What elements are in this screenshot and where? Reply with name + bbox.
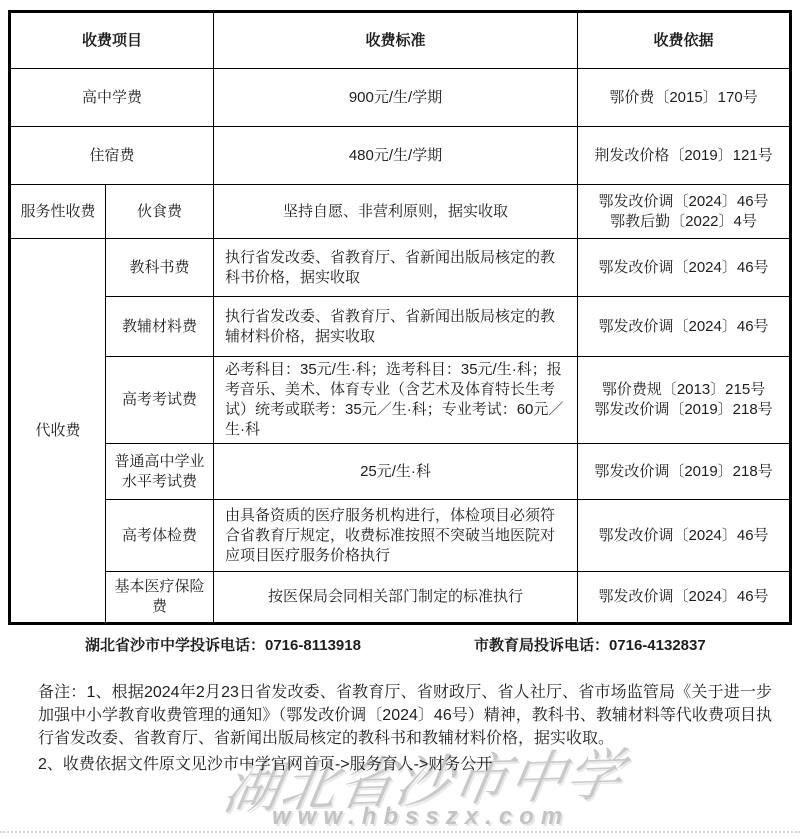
- fee-item-cell: 教科书费: [106, 239, 214, 297]
- fee-standard-cell: 480元/生/学期: [214, 127, 578, 185]
- fee-item-cell: 高中学费: [10, 69, 214, 127]
- header-fee-item: 收费项目: [10, 12, 214, 69]
- website-watermark: www.hbsszx.com: [272, 803, 569, 831]
- fee-standard-cell: 执行省发改委、省教育厅、省新闻出版局核定的教科书价格，据实收取: [214, 239, 578, 297]
- fee-standard-cell: 必考科目：35元/生·科；选考科目：35元/生·科；报考音乐、美术、体育专业（含…: [214, 357, 578, 444]
- fee-basis-cell: 鄂价费规〔2013〕215号 鄂发改价调〔2019〕218号: [578, 357, 791, 444]
- table-row: 住宿费 480元/生/学期 荆发改价格〔2019〕121号: [10, 127, 791, 185]
- bottom-divider: [0, 831, 800, 834]
- header-fee-standard: 收费标准: [214, 12, 578, 69]
- table-row: 普通高中学业水平考试费 25元/生·科 鄂发改价调〔2019〕218号: [10, 444, 791, 500]
- fee-standard-cell: 按医保局会同相关部门制定的标准执行: [214, 572, 578, 624]
- fee-basis-cell: 鄂价费〔2015〕170号: [578, 69, 791, 127]
- fee-standard-cell: 由具备资质的医疗服务机构进行，体检项目必须符合省教育厅规定，收费标准按照不突破当…: [214, 500, 578, 572]
- header-fee-basis: 收费依据: [578, 12, 791, 69]
- table-row: 服务性收费 伙食费 坚持自愿、非营利原则，据实收取 鄂发改价调〔2024〕46号…: [10, 185, 791, 239]
- complaint-phone-line: 湖北省沙市中学投诉电话：0716-8113918 市教育局投诉电话：0716-4…: [0, 634, 800, 655]
- fee-standard-cell: 执行省发改委、省教育厅、省新闻出版局核定的教辅材料价格，据实收取: [214, 297, 578, 357]
- fee-group-service: 服务性收费: [10, 185, 106, 239]
- school-complaint-phone: 湖北省沙市中学投诉电话：0716-8113918: [85, 634, 361, 655]
- fee-standard-cell: 25元/生·科: [214, 444, 578, 500]
- fee-item-cell: 伙食费: [106, 185, 214, 239]
- fee-item-cell: 住宿费: [10, 127, 214, 185]
- fee-basis-cell: 鄂发改价调〔2024〕46号: [578, 297, 791, 357]
- fee-item-cell: 普通高中学业水平考试费: [106, 444, 214, 500]
- fee-group-agency: 代收费: [10, 239, 106, 624]
- table-header-row: 收费项目 收费标准 收费依据: [10, 12, 791, 69]
- fee-basis-cell: 荆发改价格〔2019〕121号: [578, 127, 791, 185]
- fee-basis-cell: 鄂发改价调〔2024〕46号: [578, 500, 791, 572]
- fee-item-cell: 基本医疗保险费: [106, 572, 214, 624]
- note-2: 2、收费依据文件原文见沙市中学官网首页->服务育人->财务公开: [38, 753, 738, 776]
- table-row: 高中学费 900元/生/学期 鄂价费〔2015〕170号: [10, 69, 791, 127]
- bureau-complaint-phone: 市教育局投诉电话：0716-4132837: [474, 634, 706, 655]
- table-row: 高考体检费 由具备资质的医疗服务机构进行，体检项目必须符合省教育厅规定，收费标准…: [10, 500, 791, 572]
- table-row: 高考考试费 必考科目：35元/生·科；选考科目：35元/生·科；报考音乐、美术、…: [10, 357, 791, 444]
- fee-basis-cell: 鄂发改价调〔2024〕46号 鄂教后勤〔2022〕4号: [578, 185, 791, 239]
- fee-table: 收费项目 收费标准 收费依据 高中学费 900元/生/学期 鄂价费〔2015〕1…: [8, 10, 792, 625]
- fee-item-cell: 教辅材料费: [106, 297, 214, 357]
- fee-basis-cell: 鄂发改价调〔2024〕46号: [578, 572, 791, 624]
- table-row: 代收费 教科书费 执行省发改委、省教育厅、省新闻出版局核定的教科书价格，据实收取…: [10, 239, 791, 297]
- fee-basis-cell: 鄂发改价调〔2024〕46号: [578, 239, 791, 297]
- fee-standard-cell: 900元/生/学期: [214, 69, 578, 127]
- fee-item-cell: 高考体检费: [106, 500, 214, 572]
- table-row: 基本医疗保险费 按医保局会同相关部门制定的标准执行 鄂发改价调〔2024〕46号: [10, 572, 791, 624]
- fee-schedule-page: 收费项目 收费标准 收费依据 高中学费 900元/生/学期 鄂价费〔2015〕1…: [0, 0, 800, 837]
- table-row: 教辅材料费 执行省发改委、省教育厅、省新闻出版局核定的教辅材料价格，据实收取 鄂…: [10, 297, 791, 357]
- fee-basis-cell: 鄂发改价调〔2019〕218号: [578, 444, 791, 500]
- fee-item-cell: 高考考试费: [106, 357, 214, 444]
- fee-standard-cell: 坚持自愿、非营利原则，据实收取: [214, 185, 578, 239]
